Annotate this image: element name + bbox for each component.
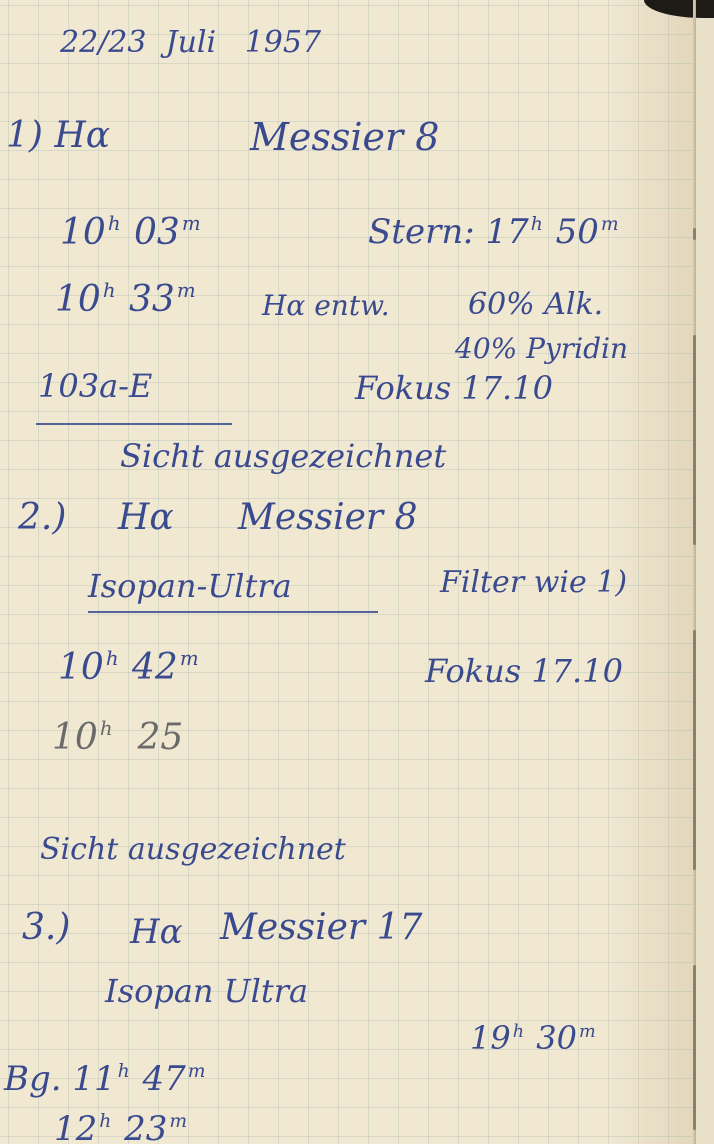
entry-1-developer-line1: 60% Alk.	[468, 290, 603, 320]
time-component: 42	[132, 647, 178, 688]
time-component: m	[169, 1111, 187, 1132]
entry-1-end-time: 10h 33m	[55, 282, 198, 318]
time-component: 10	[52, 717, 98, 758]
entry-3-end-time: 12h 23m	[54, 1112, 189, 1144]
plate-underline	[88, 611, 378, 613]
entry-1-seeing: Sicht ausgezeichnet	[120, 440, 446, 472]
entry-2-end-time: 10h 25	[52, 720, 183, 756]
date-day: 22/23	[60, 25, 146, 60]
entry-3-filter: Hα	[130, 915, 183, 949]
entry-2-filter-note: Filter wie 1)	[440, 568, 627, 598]
time-component: h	[106, 647, 119, 670]
entry-1-plate: 103a-E	[38, 370, 152, 402]
time-component: 47	[143, 1059, 186, 1099]
binding-stitch	[693, 228, 696, 240]
time-component: h	[100, 717, 113, 740]
time-component: m	[601, 214, 619, 235]
entry-2-filter: Hα	[118, 500, 174, 536]
entry-1-start-time: 10h 03m	[60, 215, 203, 251]
time-component: m	[180, 647, 199, 670]
date-header: 22/23 Juli 1957	[60, 28, 321, 58]
binding-stitch	[693, 630, 696, 870]
time-component: m	[182, 212, 201, 235]
time-component: h	[531, 214, 543, 235]
entry-1-heading: 1) Hα	[6, 118, 110, 154]
time-component: 30	[536, 1019, 577, 1057]
entry-1-developer-note: Hα entw.	[262, 292, 390, 320]
entry-3-start-time: Bg. 11h 47m	[4, 1062, 208, 1096]
time-component: 03	[134, 212, 180, 253]
entry-2-plate: Isopan-Ultra	[88, 570, 292, 602]
time-component: 10	[55, 279, 101, 320]
time-component: h	[108, 212, 121, 235]
entry-3-plate: Isopan Ultra	[105, 975, 308, 1007]
time-component: 17	[486, 212, 529, 252]
time-component: 23	[124, 1109, 167, 1144]
date-month: Juli	[166, 25, 217, 60]
entry-2-seeing: Sicht ausgezeichnet	[40, 835, 346, 865]
time-component: 33	[129, 279, 175, 320]
entry-2-focus: Fokus 17.10	[425, 655, 623, 687]
entry-1-focus: Fokus 17.10	[355, 372, 553, 404]
time-component: m	[188, 1061, 206, 1082]
facing-page-edge	[696, 18, 714, 1144]
date-year: 1957	[245, 25, 321, 60]
time-component: 10	[58, 647, 104, 688]
time-component: h	[118, 1061, 130, 1082]
entry-1-developer-line2: 40% Pyridin	[455, 335, 628, 363]
entry-filter: Hα	[54, 115, 110, 156]
time-component: 11	[72, 1059, 115, 1099]
entry-2-object: Messier 8	[238, 500, 418, 536]
binding-stitch	[693, 335, 696, 545]
section-underline	[36, 423, 232, 425]
time-component: 12	[54, 1109, 97, 1144]
entry-2-start-time: 10h 42m	[58, 650, 201, 686]
time-component: h	[99, 1111, 111, 1132]
notebook-page: 22/23 Juli 1957 1) Hα Messier 8 10h 03m …	[0, 0, 714, 1144]
time-component: m	[579, 1022, 596, 1042]
time-component: Bg.	[4, 1059, 62, 1099]
entry-2-number: 2.)	[18, 500, 66, 536]
entry-3-sidereal-time: 19h 30m	[470, 1022, 598, 1054]
time-component: h	[103, 279, 116, 302]
entry-3-number: 3.)	[22, 910, 70, 946]
time-component: 19	[470, 1019, 511, 1057]
entry-number: 1)	[6, 115, 43, 156]
entry-1-object: Messier 8	[250, 118, 439, 156]
time-component: 25	[137, 717, 183, 758]
time-component: 50	[556, 212, 599, 252]
entry-3-object: Messier 17	[220, 910, 422, 946]
time-component: 10	[60, 212, 106, 253]
binding-stitch	[693, 965, 696, 1130]
entry-1-sidereal-time: Stern: 17h 50m	[368, 215, 621, 249]
time-component: Stern:	[368, 212, 475, 252]
page-corner-shadow	[644, 0, 714, 18]
time-component: h	[513, 1022, 524, 1042]
time-component: m	[177, 279, 196, 302]
